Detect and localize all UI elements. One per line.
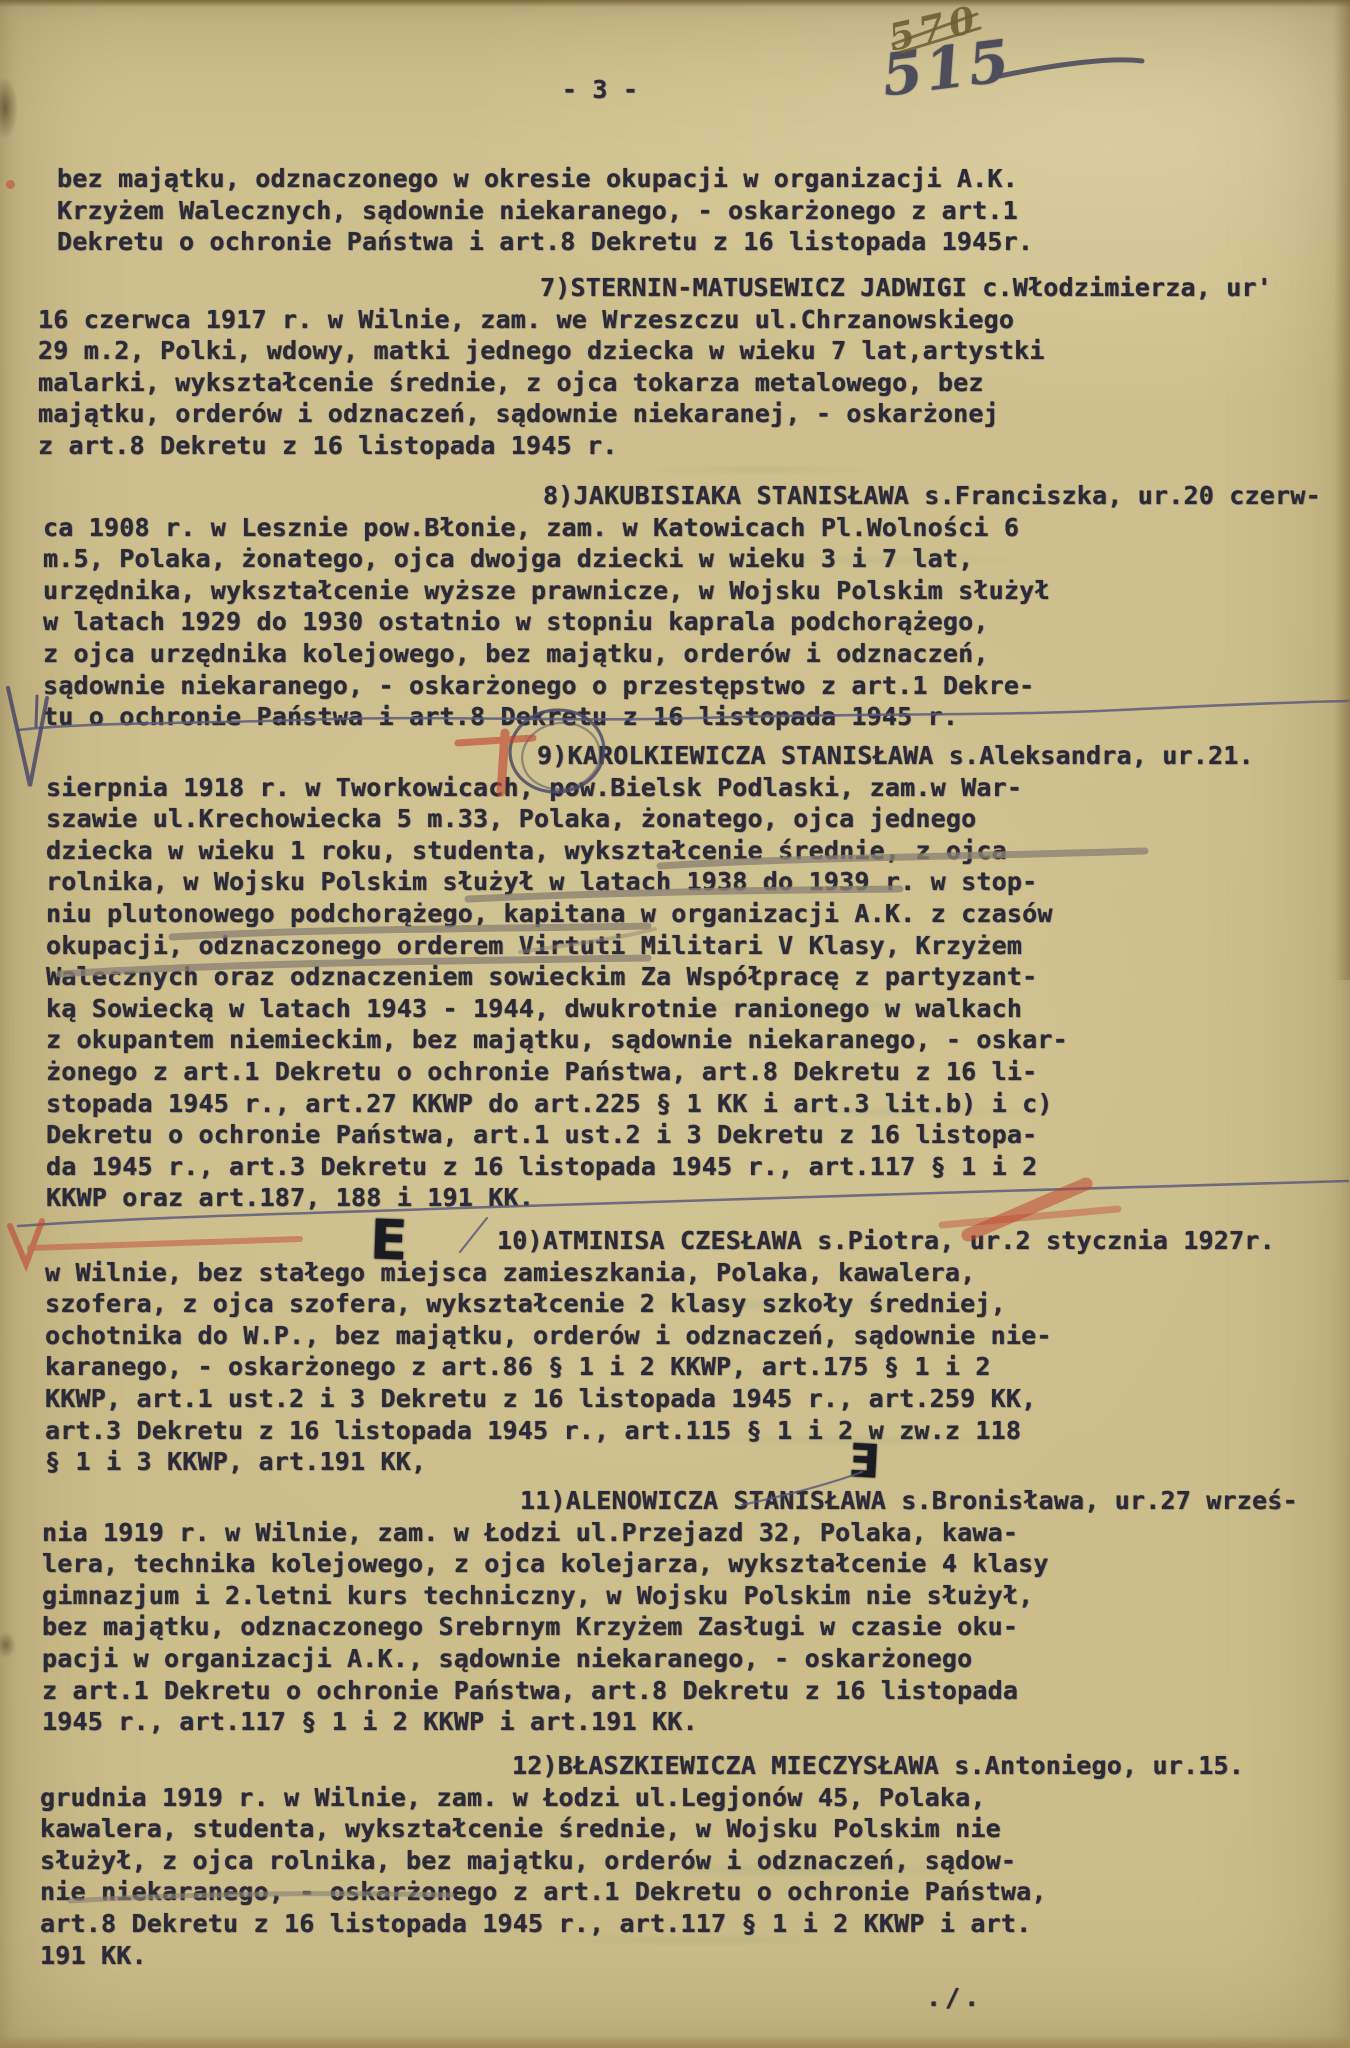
text-line-item-12: 12)BŁASZKIEWICZA MIECZYSŁAWA s.Antoniego… <box>512 1750 1244 1782</box>
text-line-item-9: rolnika, w Wojsku Polskim służył w latac… <box>46 866 1037 898</box>
text-line-continuation: Krzyżem Walecznych, sądownie niekaranego… <box>57 195 1018 227</box>
margin-check-mark <box>8 688 47 786</box>
text-line-item-10: 10)ATMINISA CZESŁAWA s.Piotra, ur.2 styc… <box>497 1225 1275 1257</box>
text-line-item-7: majątku, orderów i odznaczeń, sądownie n… <box>38 398 999 430</box>
pen-tail-515 <box>1000 60 1142 76</box>
end-of-page-mark: ./. <box>926 1982 983 2014</box>
red-margin-dot <box>6 180 15 189</box>
text-line-item-9: żonego z art.1 Dekretu o ochronie Państw… <box>46 1056 1037 1088</box>
text-line-item-7: 29 m.2, Polki, wdowy, matki jednego dzie… <box>38 335 1045 367</box>
handwritten-reversed-e-mark: Ǝ <box>847 1433 881 1489</box>
page-number: - 3 - <box>470 74 730 106</box>
scan-bottom-edge <box>0 2036 1350 2048</box>
text-line-item-11: 1945 r., art.117 § 1 i 2 KKWP i art.191 … <box>42 1706 698 1738</box>
text-line-item-11: 11)ALENOWICZA STANISŁAWA s.Bronisława, u… <box>520 1485 1298 1517</box>
text-line-item-9: okupacji, odznaczonego orderem Virtuti M… <box>46 930 1022 962</box>
handwritten-letter-e: E <box>369 1207 409 1272</box>
text-line-item-9: da 1945 r., art.3 Dekretu z 16 listopada… <box>46 1151 1037 1183</box>
pen-slash-before-10 <box>460 1218 487 1252</box>
document-page: 570 515 - 3 - bez majątku, odznaczonego … <box>0 0 1350 2048</box>
text-line-item-8: z ojca urzędnika kolejowego, bez majątku… <box>43 638 989 670</box>
text-line-item-9: sierpnia 1918 r. w Tworkowicach, pow.Bie… <box>46 772 1022 804</box>
text-line-item-9: KKWP oraz art.187, 188 i 191 KK. <box>46 1182 534 1214</box>
text-line-item-11: pacji w organizacji A.K., sądownie nieka… <box>42 1643 972 1675</box>
text-line-item-9: Walecznych oraz odznaczeniem sowieckim Z… <box>46 961 1037 993</box>
text-line-item-11: lera, technika kolejowego, z ojca koleja… <box>42 1548 1049 1580</box>
text-line-item-8: ca 1908 r. w Lesznie pow.Błonie, zam. w … <box>43 512 1019 544</box>
text-line-item-10: szofera, z ojca szofera, wykształcenie 2… <box>45 1288 1006 1320</box>
text-line-item-7: 7)STERNIN-MATUSEWICZ JADWIGI c.Włodzimie… <box>540 272 1272 304</box>
scan-right-edge <box>1334 0 1350 980</box>
text-line-item-7: 16 czerwca 1917 r. w Wilnie, zam. we Wrz… <box>38 304 1014 336</box>
text-line-item-8: sądownie niekaranego, - oskarżonego o pr… <box>43 670 1034 702</box>
text-line-item-10: w Wilnie, bez stałego miejsca zamieszkan… <box>45 1257 975 1289</box>
text-line-item-12: kawalera, studenta, wykształcenie średni… <box>40 1813 1001 1845</box>
text-line-item-9: Dekretu o ochronie Państwa, art.1 ust.2 … <box>46 1119 1037 1151</box>
text-line-item-11: gimnazjum i 2.letni kurs techniczny, w W… <box>42 1580 1033 1612</box>
text-line-item-9: stopada 1945 r., art.27 KKWP do art.225 … <box>46 1088 1053 1120</box>
text-line-item-8: 8)JAKUBISIAKA STANISŁAWA s.Franciszka, u… <box>543 480 1321 512</box>
text-line-item-11: nia 1919 r. w Wilnie, zam. w Łodzi ul.Pr… <box>42 1517 1018 1549</box>
text-line-item-8: urzędnika, wykształcenie wyższe prawnicz… <box>43 575 1050 607</box>
text-line-item-10: karanego, - oskarżonego z art.86 § 1 i 2… <box>45 1351 991 1383</box>
text-line-item-9: dziecka w wieku 1 roku, studenta, wykszt… <box>46 835 1007 867</box>
text-line-item-8: w latach 1929 do 1930 ostatnio w stopniu… <box>43 606 989 638</box>
text-line-continuation: Dekretu o ochronie Państwa i art.8 Dekre… <box>57 226 1033 258</box>
text-line-item-9: 9)KAROLKIEWICZA STANISŁAWA s.Aleksandra,… <box>537 740 1254 772</box>
text-line-continuation: bez majątku, odznaczonego w okresie okup… <box>57 163 1018 195</box>
text-line-item-10: ochotnika do W.P., bez majątku, orderów … <box>45 1320 1052 1352</box>
text-line-item-12: służył, z ojca rolnika, bez majątku, ord… <box>40 1845 1016 1877</box>
scan-top-edge <box>0 0 1350 7</box>
text-line-item-10: KKWP, art.1 ust.2 i 3 Dekretu z 16 listo… <box>45 1383 1036 1415</box>
ink-spot <box>0 1632 16 1658</box>
text-line-item-8: m.5, Polaka, żonatego, ojca dwojga dziec… <box>43 543 973 575</box>
ink-spot <box>0 76 18 140</box>
text-line-item-9: szawie ul.Krechowiecka 5 m.33, Polaka, ż… <box>46 803 976 835</box>
text-line-item-12: 191 KK. <box>40 1940 147 1972</box>
text-line-item-7: malarki, wykształcenie średnie, z ojca t… <box>38 367 984 399</box>
text-line-item-9: ką Sowiecką w latach 1943 - 1944, dwukro… <box>46 993 1022 1025</box>
handwritten-sheet-number: 515 <box>878 26 1015 109</box>
text-line-item-7: z art.8 Dekretu z 16 listopada 1945 r. <box>38 430 618 462</box>
text-line-item-10: § 1 i 3 KKWP, art.191 KK, <box>45 1446 426 1478</box>
text-line-item-9: niu plutonowego podchorążego, kapitana w… <box>46 898 1053 930</box>
text-line-item-12: nie niekaranego, - oskarżonego z art.1 D… <box>40 1876 1047 1908</box>
text-line-item-12: grudnia 1919 r. w Wilnie, zam. w Łodzi u… <box>40 1782 986 1814</box>
text-line-item-11: bez majątku, odznaczonego Srebrnym Krzyż… <box>42 1611 1018 1643</box>
text-line-item-11: z art.1 Dekretu o ochronie Państwa, art.… <box>42 1675 1018 1707</box>
text-line-item-12: art.8 Dekretu z 16 listopada 1945 r., ar… <box>40 1908 1031 1940</box>
text-line-item-9: z okupantem niemieckim, bez majątku, sąd… <box>46 1024 1068 1056</box>
text-line-item-8: tu o ochronie Państwa i art.8 Dekretu z … <box>43 701 958 733</box>
